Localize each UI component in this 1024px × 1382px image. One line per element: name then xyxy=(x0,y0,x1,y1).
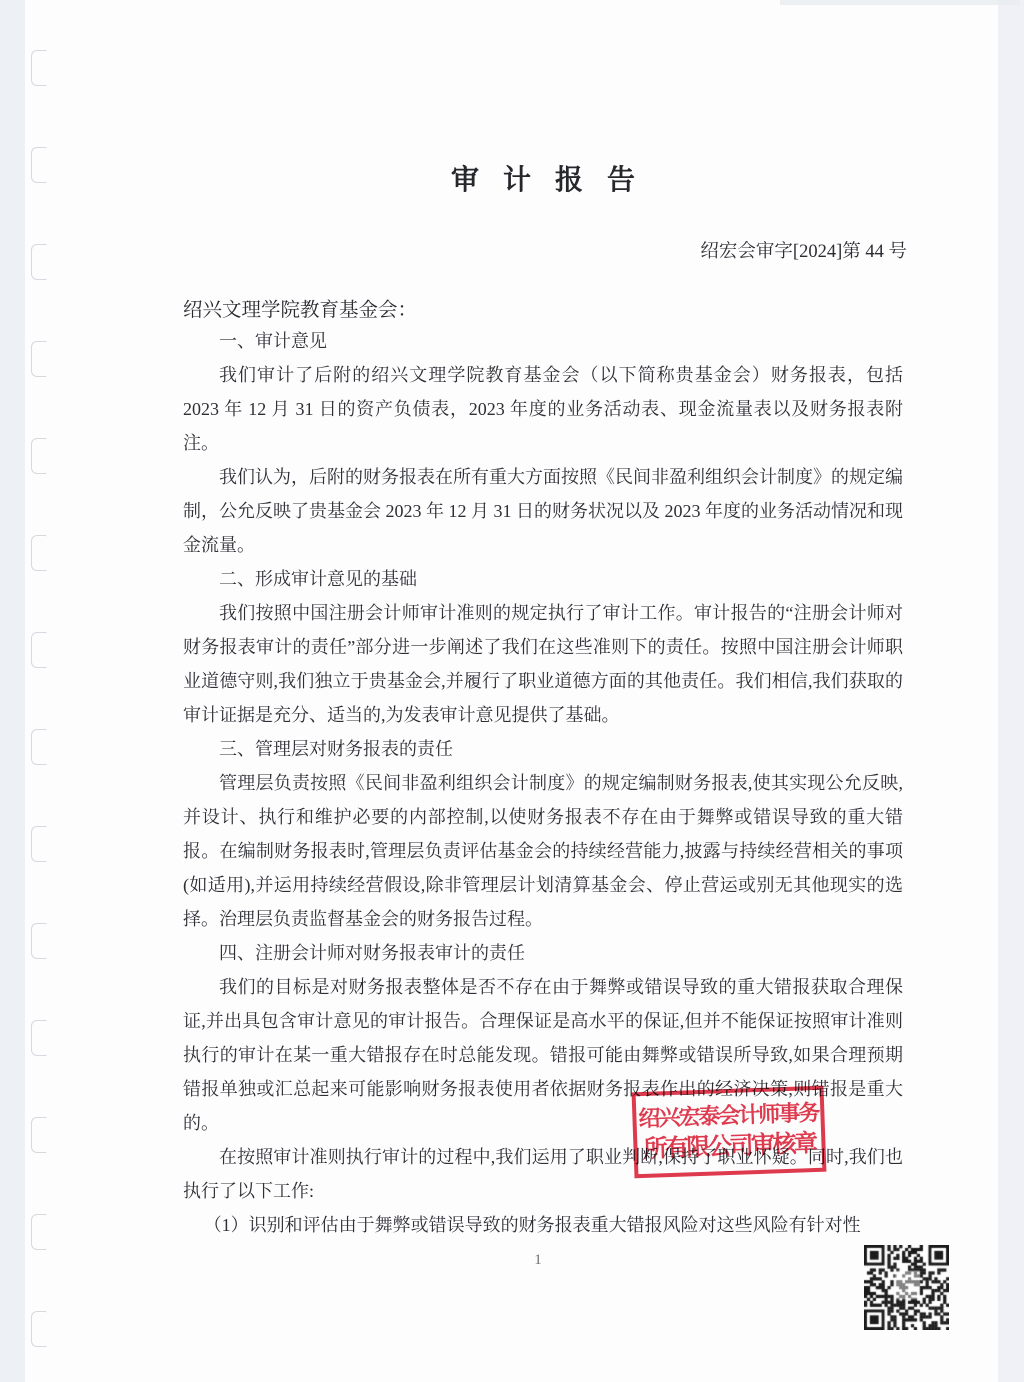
section-heading-2: 二、形成审计意见的基础 xyxy=(183,562,903,596)
stamp-text-line-2: 所有限公司审核章 xyxy=(643,1128,816,1166)
audit-firm-stamp: 绍兴宏泰会计师事务 所有限公司审核章 xyxy=(632,1086,827,1179)
paragraph: 我们认为，后附的财务报表在所有重大方面按照《民间非盈利组织会计制度》的规定编制，… xyxy=(183,460,903,562)
binding-mark xyxy=(31,535,47,571)
binding-mark xyxy=(31,244,47,280)
binding-mark xyxy=(31,923,47,959)
report-reference-number: 绍宏会审字[2024]第 44 号 xyxy=(183,237,907,263)
paragraph: 管理层负责按照《民间非盈利组织会计制度》的规定编制财务报表,使其实现公允反映,并… xyxy=(183,766,903,936)
section-heading-1: 一、审计意见 xyxy=(183,324,903,358)
binding-mark xyxy=(31,50,47,86)
page-title: 审计报告 xyxy=(183,158,903,198)
section-heading-4: 四、注册会计师对财务报表审计的责任 xyxy=(183,936,903,970)
binding-mark xyxy=(31,341,47,377)
scan-edge-left xyxy=(0,0,25,1382)
numbered-item-1: （1）识别和评估由于舞弊或错误导致的财务报表重大错报风险对这些风险有针对性 xyxy=(183,1208,903,1242)
binding-mark xyxy=(31,632,47,668)
binding-mark xyxy=(31,1020,47,1056)
section-heading-3: 三、管理层对财务报表的责任 xyxy=(183,732,903,766)
paragraph: 我们按照中国注册会计师审计准则的规定执行了审计工作。审计报告的“注册会计师对财务… xyxy=(183,596,903,732)
binding-mark xyxy=(31,826,47,862)
binding-mark xyxy=(31,147,47,183)
scan-top-smudge xyxy=(780,0,1020,5)
qr-code xyxy=(864,1245,949,1330)
addressee-line: 绍兴文理学院教育基金会： xyxy=(183,294,417,322)
binding-mark xyxy=(31,438,47,474)
binding-mark xyxy=(31,1117,47,1153)
binding-mark xyxy=(31,1214,47,1250)
page-number: 1 xyxy=(183,1252,893,1269)
scanned-audit-report-page: 审计报告 绍宏会审字[2024]第 44 号 绍兴文理学院教育基金会： 一、审计… xyxy=(0,0,1024,1382)
scan-edge-right xyxy=(998,0,1024,1382)
binding-mark xyxy=(31,729,47,765)
binding-mark xyxy=(31,1311,47,1347)
paragraph: 我们审计了后附的绍兴文理学院教育基金会（以下简称贵基金会）财务报表，包括 202… xyxy=(183,358,903,460)
